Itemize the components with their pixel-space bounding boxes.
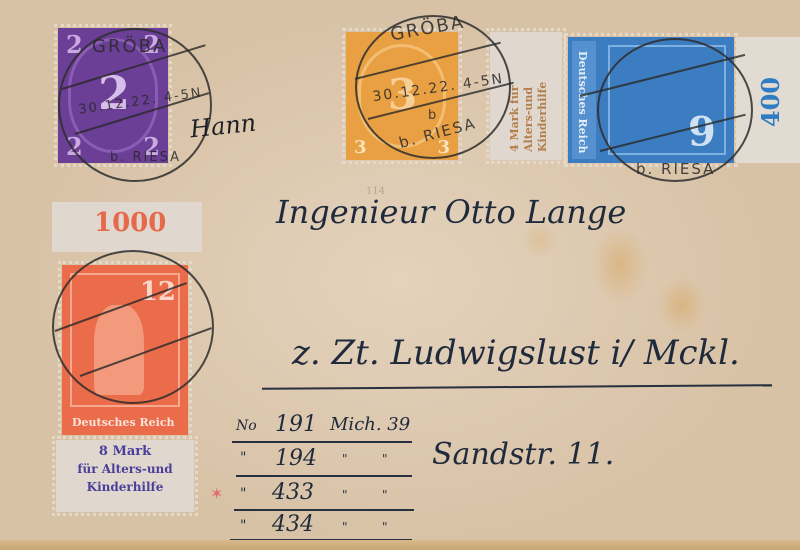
note-ditto: " [382, 488, 388, 502]
note-number: 434 [272, 512, 314, 537]
charity-tab-text: 4 Mark für Alters-und Kinderhilfe [508, 52, 550, 152]
address-town: z. Zt. Ludwigslust i/ Mckl. [292, 333, 740, 373]
cover-bottom-edge [0, 540, 800, 550]
note-prefix: " [240, 450, 246, 466]
postal-cover: 2 2 2 2 2 3 3 3 4 Mark für Alters-und Ki… [0, 0, 800, 550]
charity-tab-line2: für Alters-und [56, 462, 194, 476]
postmark-district: b. RIESA [636, 160, 715, 178]
note-prefix: " [240, 518, 246, 534]
sender-signature: Hann [189, 109, 258, 144]
note-ditto: " [382, 520, 388, 534]
note-number: 194 [275, 446, 317, 471]
note-ditto: " [342, 520, 348, 534]
stamp-denomination: 3 [354, 137, 367, 158]
charity-tab-line1: 8 Mark [56, 444, 194, 459]
note-prefix: " [240, 486, 246, 502]
note-rule [234, 509, 414, 511]
address-name: Ingenieur Otto Lange [276, 193, 626, 231]
charity-tab-line3: Kinderhilfe [56, 480, 194, 494]
sheet-number-400: 400 [756, 77, 785, 127]
stamp-country-text: Deutsches Reich [576, 51, 589, 154]
address-underline [262, 384, 772, 390]
address-street: Sandstr. 11. [432, 437, 614, 472]
sheet-margin-vermilion: 1000 [52, 202, 202, 252]
note-prefix: No [236, 418, 257, 434]
postmark-district: b. RIESA [110, 150, 181, 165]
note-rule [232, 441, 412, 443]
charity-tab-8-mark: 8 Mark für Alters-und Kinderhilfe [56, 440, 194, 512]
stamp-country-text: Deutsches Reich [72, 416, 175, 429]
sheet-number-1000: 1000 [94, 208, 166, 238]
note-number: 191 [275, 412, 317, 437]
postmark-ring [52, 250, 214, 404]
postmark-town: GRÖBA [92, 36, 167, 57]
note-catalogue: Mich. 39 [330, 414, 410, 435]
note-rule [236, 475, 412, 477]
note-ditto: " [342, 488, 348, 502]
note-ditto: " [382, 452, 388, 466]
postmark-letter: b [428, 108, 438, 123]
note-ditto: " [342, 452, 348, 466]
note-number: 433 [272, 480, 314, 505]
red-star-mark: ✶ [210, 484, 223, 504]
